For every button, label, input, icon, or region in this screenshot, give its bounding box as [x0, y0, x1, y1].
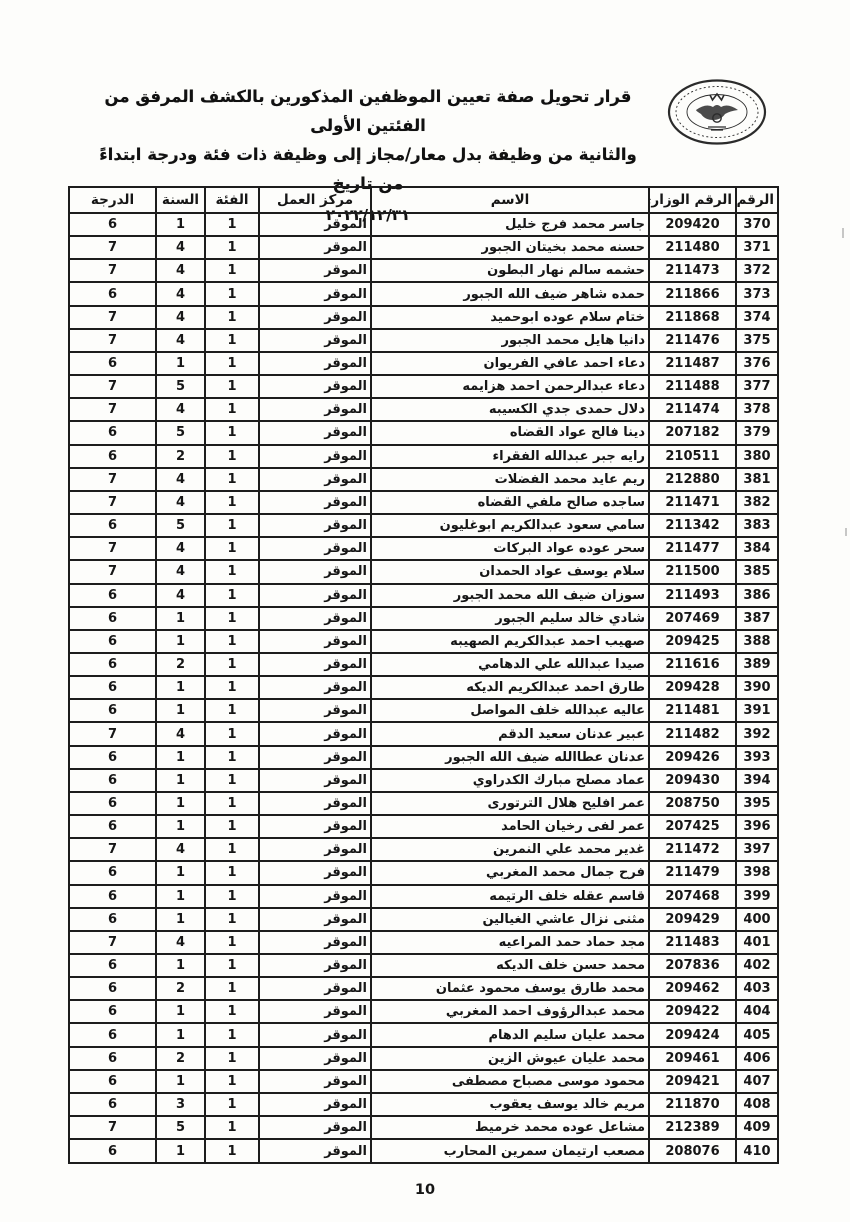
cell-grade: 7: [69, 491, 156, 514]
cell-name: حسنه محمد بخيتان الجبور: [371, 236, 649, 259]
table-row: 393 209426 عدنان عطاالله ضيف الله الجبور…: [69, 746, 778, 769]
cell-serial: 408: [736, 1093, 778, 1116]
cell-work-center: الموقر: [259, 560, 371, 583]
cell-work-center: الموقر: [259, 282, 371, 305]
cell-year: 2: [156, 653, 205, 676]
cell-work-center: الموقر: [259, 375, 371, 398]
cell-year: 1: [156, 885, 205, 908]
col-header-serial: الرقم: [736, 187, 778, 213]
cell-work-center: الموقر: [259, 815, 371, 838]
table-row: 383 211342 سامي سعود عبدالكريم ابوغليون …: [69, 514, 778, 537]
cell-year: 1: [156, 352, 205, 375]
cell-work-center: الموقر: [259, 259, 371, 282]
cell-work-center: الموقر: [259, 908, 371, 931]
cell-grade: 6: [69, 908, 156, 931]
cell-ministerial-number: 211482: [649, 722, 736, 745]
cell-category: 1: [205, 398, 259, 421]
cell-name: رايه جبر عبدالله الفقراء: [371, 445, 649, 468]
cell-year: 4: [156, 259, 205, 282]
cell-work-center: الموقر: [259, 931, 371, 954]
cell-ministerial-number: 211487: [649, 352, 736, 375]
cell-serial: 379: [736, 421, 778, 444]
table-row: 406 209461 محمد عليان عيوش الزين الموقر …: [69, 1047, 778, 1070]
table-row: 408 211870 مريم خالد يوسف يعقوب الموقر 1…: [69, 1093, 778, 1116]
cell-ministerial-number: 211868: [649, 306, 736, 329]
cell-name: محمد عليان عيوش الزين: [371, 1047, 649, 1070]
cell-grade: 7: [69, 236, 156, 259]
cell-category: 1: [205, 421, 259, 444]
cell-work-center: الموقر: [259, 537, 371, 560]
cell-grade: 7: [69, 537, 156, 560]
cell-year: 1: [156, 769, 205, 792]
cell-serial: 409: [736, 1116, 778, 1139]
cell-ministerial-number: 211342: [649, 514, 736, 537]
table-row: 386 211493 سوزان ضيف الله محمد الجبور ال…: [69, 584, 778, 607]
cell-year: 1: [156, 699, 205, 722]
cell-category: 1: [205, 815, 259, 838]
cell-year: 1: [156, 1000, 205, 1023]
cell-serial: 390: [736, 676, 778, 699]
cell-name: ساجده صالح ملفي القضاه: [371, 491, 649, 514]
scan-artifact: [842, 228, 844, 238]
cell-name: مشاعل عوده محمد خرميط: [371, 1116, 649, 1139]
table-row: 377 211488 دعاء عبدالرحمن احمد هزايمه ال…: [69, 375, 778, 398]
cell-year: 4: [156, 838, 205, 861]
cell-category: 1: [205, 1093, 259, 1116]
cell-name: عاليه عبدالله خلف المواصل: [371, 699, 649, 722]
cell-work-center: الموقر: [259, 607, 371, 630]
cell-serial: 372: [736, 259, 778, 282]
cell-year: 4: [156, 282, 205, 305]
table-row: 382 211471 ساجده صالح ملفي القضاه الموقر…: [69, 491, 778, 514]
cell-year: 4: [156, 468, 205, 491]
cell-year: 3: [156, 1093, 205, 1116]
cell-serial: 382: [736, 491, 778, 514]
cell-grade: 6: [69, 1047, 156, 1070]
cell-grade: 7: [69, 329, 156, 352]
table-row: 392 211482 عبير عدنان سعيد الدقم الموقر …: [69, 722, 778, 745]
cell-name: ريم عايد محمد الفضلات: [371, 468, 649, 491]
cell-grade: 6: [69, 885, 156, 908]
cell-work-center: الموقر: [259, 722, 371, 745]
cell-grade: 6: [69, 954, 156, 977]
cell-work-center: الموقر: [259, 1047, 371, 1070]
cell-ministerial-number: 211477: [649, 537, 736, 560]
cell-name: حشمه سالم نهار البطون: [371, 259, 649, 282]
cell-category: 1: [205, 699, 259, 722]
table-row: 388 209425 صهيب احمد عبدالكريم الصهيبه ا…: [69, 630, 778, 653]
table-row: 385 211500 سلام يوسف عواد الحمدان الموقر…: [69, 560, 778, 583]
table-row: 381 212880 ريم عايد محمد الفضلات الموقر …: [69, 468, 778, 491]
cell-ministerial-number: 211473: [649, 259, 736, 282]
cell-name: جاسر محمد فرج خليل: [371, 213, 649, 236]
cell-work-center: الموقر: [259, 1023, 371, 1046]
cell-category: 1: [205, 329, 259, 352]
cell-name: مريم خالد يوسف يعقوب: [371, 1093, 649, 1116]
cell-ministerial-number: 211870: [649, 1093, 736, 1116]
table-row: 404 209422 محمد عبدالرؤوف احمد المغربي ا…: [69, 1000, 778, 1023]
cell-ministerial-number: 211866: [649, 282, 736, 305]
cell-category: 1: [205, 676, 259, 699]
cell-ministerial-number: 211488: [649, 375, 736, 398]
cell-grade: 6: [69, 977, 156, 1000]
cell-grade: 7: [69, 468, 156, 491]
table-row: 407 209421 محمود موسى مصباح مصطفى الموقر…: [69, 1070, 778, 1093]
cell-category: 1: [205, 769, 259, 792]
cell-ministerial-number: 211480: [649, 236, 736, 259]
cell-name: دعاء احمد عافي الفريوان: [371, 352, 649, 375]
cell-ministerial-number: 209425: [649, 630, 736, 653]
cell-grade: 7: [69, 560, 156, 583]
cell-year: 1: [156, 676, 205, 699]
cell-serial: 404: [736, 1000, 778, 1023]
cell-ministerial-number: 209430: [649, 769, 736, 792]
cell-serial: 387: [736, 607, 778, 630]
table-row: 384 211477 سحر عوده عواد البركات الموقر …: [69, 537, 778, 560]
cell-category: 1: [205, 1139, 259, 1163]
cell-work-center: الموقر: [259, 398, 371, 421]
cell-ministerial-number: 209428: [649, 676, 736, 699]
cell-year: 4: [156, 931, 205, 954]
cell-work-center: الموقر: [259, 792, 371, 815]
cell-work-center: الموقر: [259, 769, 371, 792]
cell-ministerial-number: 211476: [649, 329, 736, 352]
table-row: 371 211480 حسنه محمد بخيتان الجبور الموق…: [69, 236, 778, 259]
cell-serial: 374: [736, 306, 778, 329]
cell-name: محمد حسن خلف الديكه: [371, 954, 649, 977]
cell-serial: 375: [736, 329, 778, 352]
table-row: 395 208750 عمر افليح هلال الترتورى الموق…: [69, 792, 778, 815]
cell-work-center: الموقر: [259, 653, 371, 676]
cell-ministerial-number: 209461: [649, 1047, 736, 1070]
cell-grade: 6: [69, 352, 156, 375]
cell-serial: 386: [736, 584, 778, 607]
col-header-name: الاسم: [371, 187, 649, 213]
table-row: 401 211483 مجد حماد حمد المراعيه الموقر …: [69, 931, 778, 954]
cell-category: 1: [205, 1047, 259, 1070]
cell-grade: 6: [69, 1093, 156, 1116]
col-header-work-center: مركز العمل: [259, 187, 371, 213]
cell-work-center: الموقر: [259, 630, 371, 653]
cell-year: 5: [156, 375, 205, 398]
cell-year: 2: [156, 1047, 205, 1070]
cell-grade: 7: [69, 1116, 156, 1139]
cell-serial: 402: [736, 954, 778, 977]
cell-serial: 385: [736, 560, 778, 583]
cell-serial: 380: [736, 445, 778, 468]
cell-category: 1: [205, 537, 259, 560]
table-row: 399 207468 قاسم عقله خلف الرتيمه الموقر …: [69, 885, 778, 908]
cell-ministerial-number: 211500: [649, 560, 736, 583]
table-row: 390 209428 طارق احمد عبدالكريم الديكه ال…: [69, 676, 778, 699]
cell-name: عدنان عطاالله ضيف الله الجبور: [371, 746, 649, 769]
cell-ministerial-number: 207182: [649, 421, 736, 444]
cell-name: حمده شاهر ضيف الله الجبور: [371, 282, 649, 305]
cell-year: 4: [156, 398, 205, 421]
cell-serial: 401: [736, 931, 778, 954]
cell-category: 1: [205, 722, 259, 745]
cell-work-center: الموقر: [259, 1070, 371, 1093]
cell-ministerial-number: 207469: [649, 607, 736, 630]
cell-ministerial-number: 211481: [649, 699, 736, 722]
cell-year: 1: [156, 792, 205, 815]
cell-year: 2: [156, 445, 205, 468]
cell-category: 1: [205, 306, 259, 329]
cell-grade: 7: [69, 259, 156, 282]
table-header-row: الرقم الرقم الوزاري الاسم مركز العمل الف…: [69, 187, 778, 213]
cell-serial: 394: [736, 769, 778, 792]
cell-serial: 398: [736, 861, 778, 884]
cell-name: طارق احمد عبدالكريم الديكه: [371, 676, 649, 699]
cell-name: عماد مصلح مبارك الكدراوي: [371, 769, 649, 792]
cell-work-center: الموقر: [259, 838, 371, 861]
cell-work-center: الموقر: [259, 421, 371, 444]
cell-name: مثنى نزال عاشي الغيالين: [371, 908, 649, 931]
table-row: 402 207836 محمد حسن خلف الديكه الموقر 1 …: [69, 954, 778, 977]
cell-year: 1: [156, 213, 205, 236]
cell-category: 1: [205, 468, 259, 491]
cell-serial: 400: [736, 908, 778, 931]
cell-ministerial-number: 211479: [649, 861, 736, 884]
cell-serial: 405: [736, 1023, 778, 1046]
cell-name: قاسم عقله خلف الرتيمه: [371, 885, 649, 908]
table-row: 394 209430 عماد مصلح مبارك الكدراوي المو…: [69, 769, 778, 792]
cell-category: 1: [205, 908, 259, 931]
col-header-year: السنة: [156, 187, 205, 213]
cell-grade: 6: [69, 1139, 156, 1163]
table-row: 396 207425 عمر لفى رخيان الحامد الموقر 1…: [69, 815, 778, 838]
cell-category: 1: [205, 931, 259, 954]
cell-grade: 6: [69, 746, 156, 769]
cell-grade: 6: [69, 630, 156, 653]
col-header-grade: الدرجة: [69, 187, 156, 213]
table-row: 376 211487 دعاء احمد عافي الفريوان الموق…: [69, 352, 778, 375]
cell-year: 1: [156, 861, 205, 884]
cell-category: 1: [205, 954, 259, 977]
cell-name: سوزان ضيف الله محمد الجبور: [371, 584, 649, 607]
cell-work-center: الموقر: [259, 468, 371, 491]
cell-grade: 6: [69, 699, 156, 722]
cell-category: 1: [205, 259, 259, 282]
cell-name: عبير عدنان سعيد الدقم: [371, 722, 649, 745]
cell-year: 1: [156, 607, 205, 630]
cell-ministerial-number: 211471: [649, 491, 736, 514]
cell-serial: 396: [736, 815, 778, 838]
cell-name: دعاء عبدالرحمن احمد هزايمه: [371, 375, 649, 398]
cell-year: 4: [156, 537, 205, 560]
cell-work-center: الموقر: [259, 1116, 371, 1139]
cell-serial: 406: [736, 1047, 778, 1070]
table-row: 387 207469 شادي خالد سليم الجبور الموقر …: [69, 607, 778, 630]
cell-year: 4: [156, 722, 205, 745]
cell-category: 1: [205, 213, 259, 236]
table-row: 372 211473 حشمه سالم نهار البطون الموقر …: [69, 259, 778, 282]
cell-grade: 6: [69, 1070, 156, 1093]
cell-name: سلام يوسف عواد الحمدان: [371, 560, 649, 583]
cell-serial: 381: [736, 468, 778, 491]
cell-name: عمر افليح هلال الترتورى: [371, 792, 649, 815]
cell-work-center: الموقر: [259, 1093, 371, 1116]
cell-grade: 6: [69, 792, 156, 815]
cell-ministerial-number: 211493: [649, 584, 736, 607]
table-body: 370 209420 جاسر محمد فرج خليل الموقر 1 1…: [69, 213, 778, 1163]
cell-grade: 6: [69, 421, 156, 444]
cell-year: 5: [156, 514, 205, 537]
cell-year: 4: [156, 491, 205, 514]
table-row: 389 211616 صيدا عبدالله علي الدهامي المو…: [69, 653, 778, 676]
cell-grade: 6: [69, 1023, 156, 1046]
cell-category: 1: [205, 838, 259, 861]
cell-serial: 378: [736, 398, 778, 421]
cell-ministerial-number: 209420: [649, 213, 736, 236]
cell-serial: 397: [736, 838, 778, 861]
cell-name: صهيب احمد عبدالكريم الصهيبه: [371, 630, 649, 653]
cell-work-center: الموقر: [259, 676, 371, 699]
cell-serial: 384: [736, 537, 778, 560]
cell-grade: 6: [69, 514, 156, 537]
cell-category: 1: [205, 1023, 259, 1046]
table-row: 400 209429 مثنى نزال عاشي الغيالين الموق…: [69, 908, 778, 931]
table-row: 405 209424 محمد عليان سليم الدهام الموقر…: [69, 1023, 778, 1046]
cell-work-center: الموقر: [259, 861, 371, 884]
table-row: 374 211868 ختام سلام عوده ابوحميد الموقر…: [69, 306, 778, 329]
cell-name: دلال حمدى جدي الكسيبه: [371, 398, 649, 421]
cell-serial: 383: [736, 514, 778, 537]
cell-category: 1: [205, 653, 259, 676]
cell-serial: 389: [736, 653, 778, 676]
cell-name: مجد حماد حمد المراعيه: [371, 931, 649, 954]
cell-ministerial-number: 211616: [649, 653, 736, 676]
cell-serial: 391: [736, 699, 778, 722]
cell-work-center: الموقر: [259, 584, 371, 607]
cell-grade: 6: [69, 1000, 156, 1023]
table-row: 380 210511 رايه جبر عبدالله الفقراء المو…: [69, 445, 778, 468]
cell-name: محمد عبدالرؤوف احمد المغربي: [371, 1000, 649, 1023]
table-row: 409 212389 مشاعل عوده محمد خرميط الموقر …: [69, 1116, 778, 1139]
cell-name: محمد عليان سليم الدهام: [371, 1023, 649, 1046]
cell-work-center: الموقر: [259, 514, 371, 537]
cell-ministerial-number: 207468: [649, 885, 736, 908]
cell-ministerial-number: 211483: [649, 931, 736, 954]
cell-serial: 407: [736, 1070, 778, 1093]
cell-work-center: الموقر: [259, 352, 371, 375]
cell-category: 1: [205, 1000, 259, 1023]
cell-grade: 7: [69, 838, 156, 861]
cell-grade: 6: [69, 282, 156, 305]
cell-ministerial-number: 209422: [649, 1000, 736, 1023]
cell-year: 1: [156, 746, 205, 769]
cell-year: 4: [156, 329, 205, 352]
table-row: 373 211866 حمده شاهر ضيف الله الجبور الم…: [69, 282, 778, 305]
cell-work-center: الموقر: [259, 954, 371, 977]
cell-serial: 392: [736, 722, 778, 745]
cell-grade: 6: [69, 607, 156, 630]
cell-serial: 403: [736, 977, 778, 1000]
cell-year: 4: [156, 306, 205, 329]
cell-name: دانيا هايل محمد الجبور: [371, 329, 649, 352]
cell-name: فرح جمال محمد المغربي: [371, 861, 649, 884]
cell-category: 1: [205, 560, 259, 583]
cell-category: 1: [205, 282, 259, 305]
cell-grade: 6: [69, 213, 156, 236]
cell-year: 1: [156, 954, 205, 977]
cell-year: 1: [156, 630, 205, 653]
decree-title-line-1: قرار تحويل صفة تعيين الموظفين المذكورين …: [92, 82, 644, 140]
cell-year: 1: [156, 815, 205, 838]
cell-ministerial-number: 211472: [649, 838, 736, 861]
cell-work-center: الموقر: [259, 236, 371, 259]
cell-work-center: الموقر: [259, 1000, 371, 1023]
cell-year: 1: [156, 908, 205, 931]
cell-serial: 376: [736, 352, 778, 375]
cell-grade: 7: [69, 931, 156, 954]
cell-grade: 7: [69, 398, 156, 421]
cell-ministerial-number: 210511: [649, 445, 736, 468]
cell-name: صيدا عبدالله علي الدهامي: [371, 653, 649, 676]
cell-grade: 6: [69, 653, 156, 676]
cell-category: 1: [205, 491, 259, 514]
cell-category: 1: [205, 236, 259, 259]
table-row: 397 211472 غدير محمد علي النمرين الموقر …: [69, 838, 778, 861]
table-row: 403 209462 محمد طارق يوسف محمود عثمان ال…: [69, 977, 778, 1000]
table-row: 391 211481 عاليه عبدالله خلف المواصل الم…: [69, 699, 778, 722]
cell-ministerial-number: 209426: [649, 746, 736, 769]
cell-serial: 395: [736, 792, 778, 815]
cell-grade: 7: [69, 306, 156, 329]
cell-category: 1: [205, 746, 259, 769]
page-number: 10: [0, 1182, 850, 1198]
cell-name: محمد طارق يوسف محمود عثمان: [371, 977, 649, 1000]
cell-work-center: الموقر: [259, 329, 371, 352]
cell-category: 1: [205, 375, 259, 398]
col-header-ministerial-number: الرقم الوزاري: [649, 187, 736, 213]
scan-artifact: [845, 528, 847, 536]
cell-ministerial-number: 209429: [649, 908, 736, 931]
cell-grade: 6: [69, 584, 156, 607]
cell-ministerial-number: 211474: [649, 398, 736, 421]
cell-category: 1: [205, 977, 259, 1000]
cell-ministerial-number: 209424: [649, 1023, 736, 1046]
table-row: 379 207182 دينا فالح عواد القضاه الموقر …: [69, 421, 778, 444]
cell-ministerial-number: 209421: [649, 1070, 736, 1093]
cell-category: 1: [205, 792, 259, 815]
cell-category: 1: [205, 514, 259, 537]
table-row: 378 211474 دلال حمدى جدي الكسيبه الموقر …: [69, 398, 778, 421]
cell-ministerial-number: 212880: [649, 468, 736, 491]
cell-category: 1: [205, 630, 259, 653]
cell-grade: 6: [69, 769, 156, 792]
cell-ministerial-number: 207425: [649, 815, 736, 838]
cell-name: سحر عوده عواد البركات: [371, 537, 649, 560]
cell-serial: 393: [736, 746, 778, 769]
cell-work-center: الموقر: [259, 699, 371, 722]
cell-grade: 6: [69, 815, 156, 838]
cell-ministerial-number: 208076: [649, 1139, 736, 1163]
cell-work-center: الموقر: [259, 885, 371, 908]
cell-name: عمر لفى رخيان الحامد: [371, 815, 649, 838]
cell-name: غدير محمد علي النمرين: [371, 838, 649, 861]
cell-ministerial-number: 208750: [649, 792, 736, 815]
cell-name: دينا فالح عواد القضاه: [371, 421, 649, 444]
cell-work-center: الموقر: [259, 977, 371, 1000]
cell-year: 4: [156, 560, 205, 583]
cell-grade: 6: [69, 445, 156, 468]
cell-name: ختام سلام عوده ابوحميد: [371, 306, 649, 329]
cell-serial: 370: [736, 213, 778, 236]
cell-serial: 388: [736, 630, 778, 653]
cell-work-center: الموقر: [259, 445, 371, 468]
cell-category: 1: [205, 607, 259, 630]
